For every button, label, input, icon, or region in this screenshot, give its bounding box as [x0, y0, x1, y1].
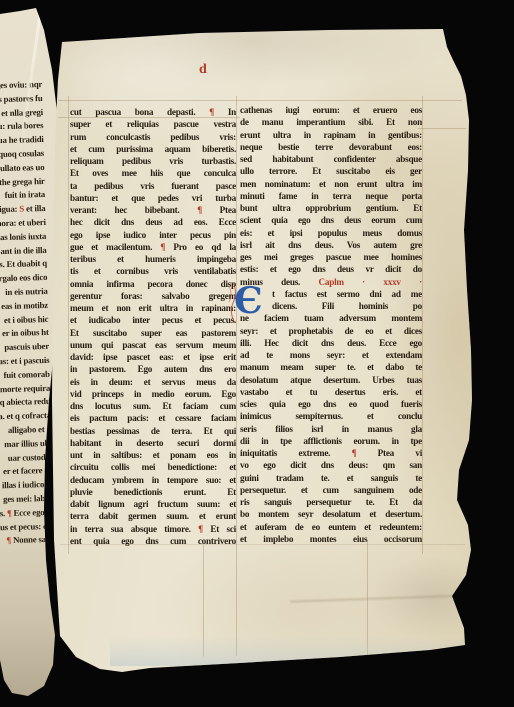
text-line: eis: et ipsi populus meus domus — [240, 227, 422, 239]
ruling-line — [68, 96, 69, 554]
text-line: seyr: et prophetabis de eo et dices — [240, 325, 422, 337]
text-line: vo ego dicit dns deus: qm san — [240, 459, 422, 471]
text-line: vastabo et tu desertus eris. et — [240, 386, 422, 398]
text-line: ne faciem tuam adversum montem — [240, 312, 422, 324]
text-line: dns locutus sum. Et faciam cum — [70, 400, 236, 412]
text-line: men nominatum: et non erunt ultra im — [240, 178, 422, 190]
text-line: terra dabit germen suum. et erunt — [70, 510, 236, 522]
text-line: t factus est sermo dni ad me — [240, 288, 422, 300]
text-line: super et reliquias pascue vestra — [70, 118, 236, 130]
text-line: reliquam pedibus vris turbastis. — [70, 155, 236, 167]
text-line: estis: et ego dns deus vr dicit do — [240, 263, 422, 275]
bottom-edge-sheen — [110, 636, 470, 666]
text-line: cathenas iugi eorum: et eruero eos — [240, 104, 422, 116]
text-line: bestias pessimas de terra. Et qui — [70, 425, 236, 437]
text-line: eis pactum pacis: et cessare faciam — [70, 412, 236, 424]
photo-canvas: pges oviu: nqrlas pastores fuu: et nlla … — [0, 0, 514, 707]
text-line: seris filios isrl in manus gla — [240, 423, 422, 435]
text-line: dabit lignum agri fructum suum: et — [70, 498, 236, 510]
text-line: cut pascua bona depasti. ¶ In — [70, 106, 236, 118]
text-line: ent quia ego dns cum contrivero — [70, 535, 236, 547]
text-line: dicens. Fili hominis po — [240, 300, 422, 312]
text-line: habitant in deserto securi dormi — [70, 437, 236, 449]
text-line: isrl ait dns deus. Vos autem gre — [240, 239, 422, 251]
text-line: in pastorem. Ego autem dns ero — [70, 363, 236, 375]
text-line: in terra sua absque timore. ¶ Et sci — [70, 523, 236, 535]
text-segment: verant: hec bibebant. — [70, 205, 197, 215]
text-segment: iniquitatis extreme. — [240, 448, 352, 458]
manuscript-page: d cut pascua bona depasti. ¶ Insuper et … — [0, 0, 514, 707]
text-line: manum meam super te. et dabo te — [240, 361, 422, 373]
text-line: ta pedibus vris fuerant pasce — [70, 180, 236, 192]
text-line: sed habitabunt confidenter absque — [240, 153, 422, 165]
text-line: erunt ultra in rapinam in gentibus: — [240, 129, 422, 141]
text-line: scient quia ego dns deus eorum cum — [240, 214, 422, 226]
text-column-left: cut pascua bona depasti. ¶ Insuper et re… — [70, 106, 236, 547]
text-line: de manu imperantium sibi. Et non — [240, 116, 422, 128]
text-line: eis in deum: et servus meus da — [70, 376, 236, 388]
text-line: minus deus. Caplm · xxxv · — [240, 276, 422, 288]
text-line: circuitu collis mei benedictione: et — [70, 461, 236, 473]
text-line: et auferam de eo euntem et redeuntem: — [240, 521, 422, 533]
illuminated-initial: Є — [234, 284, 266, 322]
text-line: meum et non erit ultra in rapinam: — [70, 302, 236, 314]
text-line: vid princeps in medio eorum. Ego — [70, 388, 236, 400]
text-line: minuti fame in terra neque porta — [240, 190, 422, 202]
text-segment: Ptea — [202, 205, 236, 215]
text-line: et iudicabo inter pecus et pecus. — [70, 314, 236, 326]
text-segment: Ptea vi — [356, 448, 422, 458]
text-line: et cum purissima aquam biberetis. — [70, 143, 236, 155]
rubric-segment: Caplm · xxxv · — [318, 277, 422, 287]
text-line: ad te mons seyr: et extendam — [240, 349, 422, 361]
text-line: Et oves mee hiis que conculca — [70, 167, 236, 179]
text-line: scies quia ego dns eo quod fueris — [240, 398, 422, 410]
text-line: omnia infirma pecora donec disp — [70, 278, 236, 290]
rubric-segment: ¶ — [48, 479, 53, 489]
text-line: gerentur foras: salvabo gregem — [70, 290, 236, 302]
text-line: ges mei greges pascue mee homines — [240, 251, 422, 263]
ruling-line — [58, 100, 462, 101]
text-line: dii in tpe afflictionis eorum. in tpe — [240, 435, 422, 447]
ruling-line — [236, 96, 237, 656]
text-column-right: cathenas iugi eorum: et eruero eosde man… — [240, 104, 422, 545]
text-line: deducam ymbrem in tempore suo: et — [70, 474, 236, 486]
text-line: gue et macilentum. ¶ Pro eo qd la — [70, 241, 236, 253]
text-line: teribus et humeris impingeba — [70, 253, 236, 265]
text-line: david: ipse pascet eas: et ipse erit — [70, 351, 236, 363]
text-line: persequetur. et cum sanguinem ode — [240, 484, 422, 496]
text-line: ris sanguis persequetur te. Et da — [240, 496, 422, 508]
text-segment: cut pascua bona depasti. — [70, 107, 209, 117]
text-line: pluvie benedictionis erunt. Et — [70, 486, 236, 498]
text-line: neque bestie terre devorabunt eos: — [240, 141, 422, 153]
text-segment: gue et macilentum. — [70, 242, 160, 252]
text-line: tis et cornibus vris ventilabatis — [70, 265, 236, 277]
ruling-line — [418, 128, 466, 129]
text-segment: in terra sua absque timore. — [70, 524, 198, 534]
text-line: Et suscitabo super eas pastorem — [70, 327, 236, 339]
quire-signature: d — [199, 62, 207, 78]
text-line: verant: hec bibebant. ¶ Ptea — [70, 204, 236, 216]
ruling-line — [422, 96, 423, 554]
text-line: bunt ultra opprobrium gentium. Et — [240, 202, 422, 214]
text-line: illi. Hec dicit dns deus. Ecce ego — [240, 337, 422, 349]
text-line: hec dicit dns deus ad eos. Ecce — [70, 216, 236, 228]
text-line: inimicus sempiternus. et conclu — [240, 410, 422, 422]
text-line: unt in saltibus: et ponam eos in — [70, 449, 236, 461]
text-line: et implebo montes eius occisorum — [240, 533, 422, 545]
penwork-flourish — [227, 282, 239, 324]
text-segment: t factus est sermo dni ad me — [272, 289, 422, 299]
text-line: iniquitatis extreme. ¶ Ptea vi — [240, 447, 422, 459]
text-line: bo montem seyr desolatum et desertum. — [240, 508, 422, 520]
text-segment: Et sci — [203, 524, 236, 534]
text-segment: dicens. Fili hominis po — [272, 301, 422, 311]
text-segment: Pro eo qd la — [165, 242, 236, 252]
text-line: guini tradam te. et sanguis te — [240, 472, 422, 484]
text-line: ullo terrore. Et suscitabo eis ger — [240, 165, 422, 177]
text-line: ego ipse iudico inter pecus pin — [70, 229, 236, 241]
text-line: unum qui pascat eas servum meum — [70, 339, 236, 351]
text-line: bantur: et que pedes vri turba — [70, 192, 236, 204]
text-segment: In — [214, 107, 236, 117]
text-line: desolatum atque desertum. Urbes tuas — [240, 374, 422, 386]
text-line: rum conculcastis pedibus vris: — [70, 131, 236, 143]
